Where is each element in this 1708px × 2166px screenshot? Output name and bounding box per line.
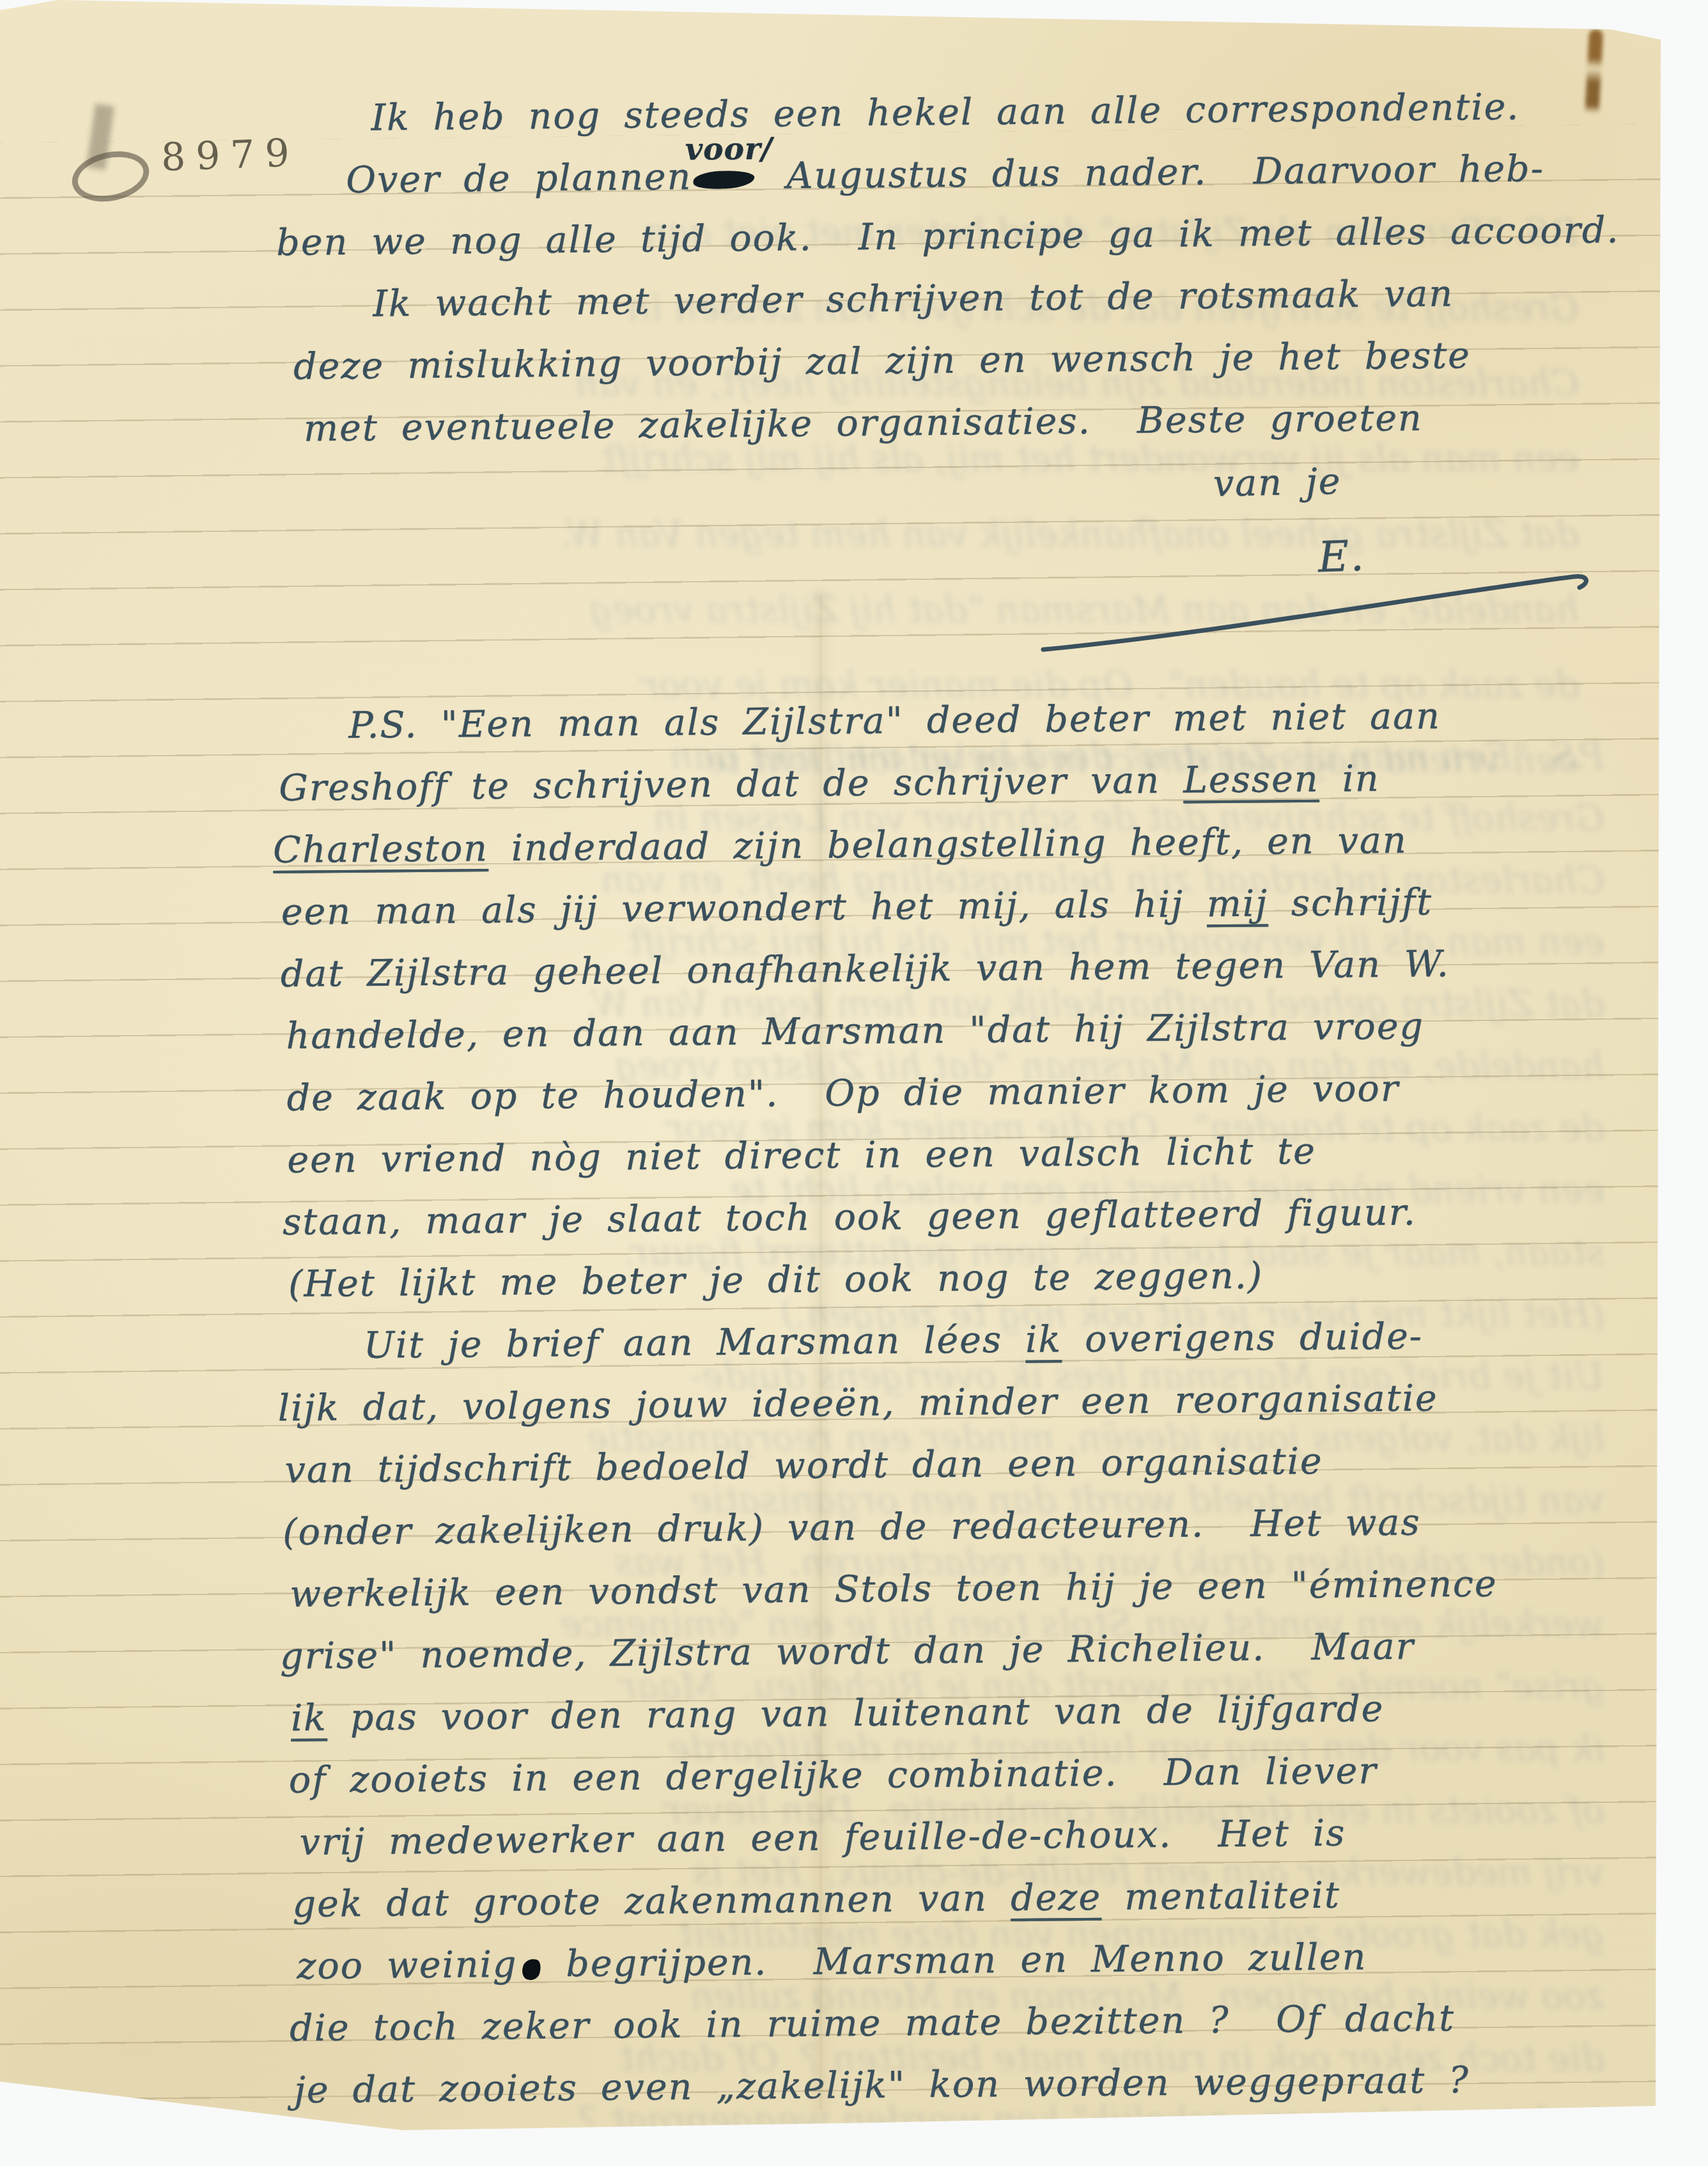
letter-text: van tijdschrift bedoeld wordt dan een or…: [284, 1440, 1323, 1492]
letter-line: de zaak op te houden". Op die manier kom…: [286, 1056, 1656, 1130]
letter-text: in: [1319, 758, 1380, 800]
underlined-word: Lessen: [1183, 758, 1319, 802]
letter-text: de zaak op te houden". Op die manier kom…: [286, 1068, 1399, 1119]
letter-line: een man als jij verwondert het mij, als …: [281, 869, 1655, 944]
letter-line: Ik heb nog steeds een hekel aan alle cor…: [371, 75, 1650, 149]
letter-text: met eventueele zakelijke organisaties. B…: [304, 397, 1423, 450]
letter-text: Ik wacht met verder schrijven tot de rot…: [373, 272, 1454, 325]
letter-text: deze mislukking voorbij zal zijn en wens…: [293, 334, 1471, 388]
letter-text: gek dat groote zakenmannen van: [292, 1877, 1011, 1926]
insertion-over-strikeout: voor/: [692, 155, 764, 194]
letter-line: grise" noemde, Zijlstra wordt dan je Ric…: [280, 1614, 1661, 1688]
underlined-word: Charleston: [273, 827, 488, 871]
letter-line: gek dat groote zakenmannen van deze ment…: [292, 1862, 1663, 1936]
letter-line: handelde, en dan aan Marsman "dat hij Zi…: [286, 993, 1656, 1068]
letter-paper: P.S. "Een man als Zijlstra" deed beter m…: [0, 0, 1663, 2133]
ink-blot: [520, 1956, 543, 1983]
letter-text: Uit je brief aan Marsman lées: [364, 1319, 1026, 1367]
signature-flourish: [1037, 561, 1606, 657]
letter-text: Augustus dus nader. Daarvoor heb-: [763, 148, 1544, 198]
letter-text: ben we nog alle tijd ook. In principe ga…: [276, 209, 1620, 264]
letter-line: dat Zijlstra geheel onafhankelijk van he…: [280, 931, 1655, 1006]
archive-stamp: 8979: [72, 107, 300, 203]
letter-line: Charleston inderdaad zijn belangstelling…: [273, 807, 1654, 882]
letter-text: dat Zijlstra geheel onafhankelijk van he…: [281, 943, 1450, 995]
letter-line: (Het lijkt me beter je dit ook nog te ze…: [288, 1242, 1658, 1316]
letter-text: Over de plannen: [346, 156, 692, 201]
letter-text: lijk dat, volgens jouw ideeën, minder ee…: [277, 1377, 1438, 1430]
letter-line: deze mislukking voorbij zal zijn en wens…: [293, 323, 1652, 398]
letter-line: P.S. "Een man als Zijlstra" deed beter m…: [348, 683, 1653, 757]
letter-line: of zooiets in een dergelijke combinatie.…: [288, 1738, 1662, 1812]
underlined-word: ik: [1025, 1318, 1062, 1360]
letter-text: een man als jij verwondert het mij, als …: [281, 883, 1207, 933]
letter-line: een vriend nòg niet direct in een valsch…: [287, 1118, 1657, 1192]
paragraph-1: Ik heb nog steeds een hekel aan alle cor…: [275, 75, 1652, 460]
letter-line: werkelijk een vondst van Stols toen hij …: [290, 1552, 1661, 1626]
letter-line: Ik wacht met verder schrijven tot de rot…: [373, 261, 1652, 335]
letter-text: staan, maar je slaat toch ook geen gefla…: [283, 1191, 1417, 1243]
letter-text: inderdaad zijn belangstelling heeft, en …: [488, 820, 1408, 870]
letter-text: Greshoff te schrijven dat de schrijver v…: [279, 760, 1183, 809]
letter-text: die toch zeker ook in ruime mate bezitte…: [290, 1997, 1455, 2050]
letter-line: Uit je brief aan Marsman lées ik overige…: [363, 1304, 1658, 1377]
stamp-smudge: [72, 107, 148, 203]
letter-text: P.S. "Een man als Zijlstra" deed beter m…: [348, 695, 1441, 747]
letter-text: begrijpen. Marsman en Menno zullen: [543, 1936, 1367, 1985]
letter-line: je dat zooiets even „zakelijk" kon worde…: [294, 2048, 1665, 2122]
letter-text: je dat zooiets even „zakelijk" kon worde…: [294, 2059, 1470, 2112]
letter-line: (onder zakelijken druk) van de redacteur…: [283, 1490, 1660, 1564]
letter-line: Greshoff te schrijven dat de schrijver v…: [279, 745, 1654, 820]
letter-text: zoo weinig: [297, 1944, 518, 1988]
underlined-word: ik: [291, 1697, 327, 1739]
letter-text: Ik heb nog steeds een hekel aan alle cor…: [371, 86, 1519, 139]
letter-text: overigens duide-: [1062, 1315, 1424, 1360]
letter-text: of zooiets in een dergelijke combinatie.…: [289, 1750, 1378, 1802]
scanned-letter-page: { "stamp": { "number": "8979" }, "letter…: [0, 0, 1708, 2166]
letter-text: grise" noemde, Zijlstra wordt dan je Ric…: [280, 1625, 1415, 1677]
letter-text: vrij medewerker aan een feuille-de-choux…: [299, 1812, 1346, 1863]
letter-line: die toch zeker ook in ruime mate bezitte…: [290, 1986, 1665, 2060]
closing-salutation: van je: [1213, 460, 1342, 504]
letter-text: mentaliteit: [1101, 1874, 1340, 1918]
letter-text: schrijft: [1268, 881, 1432, 924]
postscript: P.S. "Een man als Zijlstra" deed beter m…: [272, 683, 1665, 2122]
letter-line: zoo weinig begrijpen. Marsman en Menno z…: [297, 1924, 1664, 1998]
letter-text: een vriend nòg niet direct in een valsch…: [287, 1130, 1316, 1181]
letter-text: pas voor den rang van luitenant van de l…: [327, 1688, 1384, 1739]
letter-text: werkelijk een vondst van Stols toen hij …: [290, 1562, 1498, 1615]
underlined-word: mij: [1207, 882, 1269, 925]
letter-text: (onder zakelijken druk) van de redacteur…: [283, 1501, 1421, 1554]
letter-text: (Het lijkt me beter je dit ook nog te ze…: [288, 1255, 1264, 1305]
underlined-word: deze: [1011, 1876, 1102, 1919]
letter-line: met eventueele zakelijke organisaties. B…: [304, 385, 1653, 460]
letter-line: lijk dat, volgens jouw ideeën, minder ee…: [277, 1366, 1659, 1440]
letter-line: staan, maar je slaat toch ook geen gefla…: [283, 1180, 1658, 1254]
letter-text: handelde, en dan aan Marsman "dat hij Zi…: [286, 1005, 1424, 1057]
letter-line: vrij medewerker aan een feuille-de-choux…: [299, 1800, 1663, 1874]
letter-line: van tijdschrift bedoeld wordt dan een or…: [284, 1428, 1659, 1502]
letter-line: ik pas voor den rang van luitenant van d…: [291, 1676, 1662, 1750]
